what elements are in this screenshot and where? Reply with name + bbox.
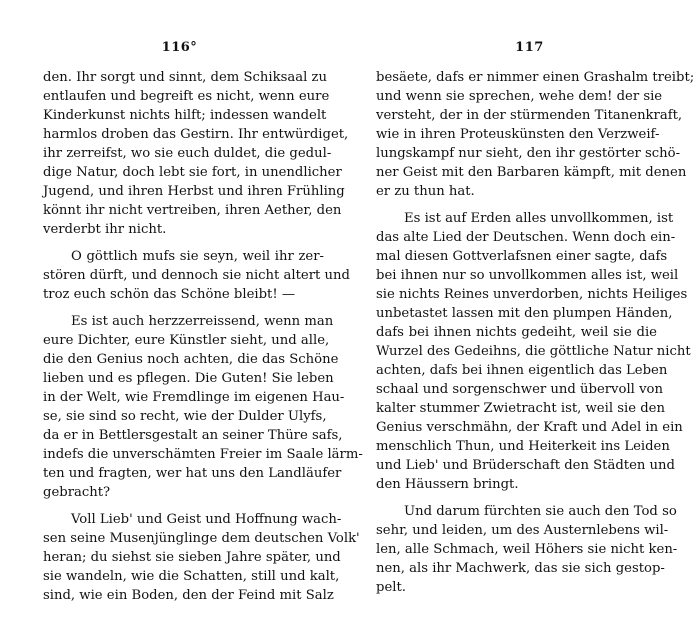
text-line: sen seine Musenjünglinge dem deutschen V…: [43, 529, 324, 548]
page-body: besäete, dafs er nimmer einen Grashalm t…: [376, 68, 657, 597]
paragraph: Es ist auch herzzerreissend, wenn man eu…: [43, 312, 324, 502]
text-line: Jugend, und ihren Herbst und ihren Frühl…: [43, 182, 324, 201]
text-line: den. Ihr sorgt und sinnt, dem Schiksaal …: [43, 68, 324, 87]
text-line: kalter stummer Zwietracht ist, weil sie …: [376, 399, 657, 418]
text-line: menschlich Thun, und Heiterkeit ins Leid…: [376, 437, 657, 456]
text-line: se, sie sind so recht, wie der Dulder Ul…: [43, 407, 324, 426]
text-line: wie in ihren Proteuskünsten den Verzweif…: [376, 125, 657, 144]
text-line: pelt.: [376, 578, 657, 597]
text-line: versteht, der in der stürmenden Titanenk…: [376, 106, 657, 125]
left-page: 116° den. Ihr sorgt und sinnt, dem Schik…: [0, 0, 349, 621]
page-number: 117: [349, 40, 698, 55]
text-line: in der Welt, wie Fremdlinge im eigenen H…: [43, 388, 324, 407]
paragraph: Voll Lieb' und Geist und Hoffnung wach- …: [43, 510, 324, 605]
text-line: achten, dafs bei ihnen eigentlich das Le…: [376, 361, 657, 380]
text-line: lieben und es pflegen. Die Guten! Sie le…: [43, 369, 324, 388]
text-line: O göttlich mufs sie seyn, weil ihr zer-: [43, 247, 324, 266]
text-line: die den Genius noch achten, die das Schö…: [43, 350, 324, 369]
text-line: Kinderkunst nichts hilft; indessen wande…: [43, 106, 324, 125]
text-line: ner Geist mit den Barbaren kämpft, mit d…: [376, 163, 657, 182]
text-line: ten und fragten, wer hat uns den Landläu…: [43, 464, 324, 483]
paragraph: besäete, dafs er nimmer einen Grashalm t…: [376, 68, 657, 201]
text-line: den Häussern bringt.: [376, 475, 657, 494]
text-line: unbetastet lassen mit den plumpen Händen…: [376, 304, 657, 323]
text-line: entlaufen und begreift es nicht, wenn eu…: [43, 87, 324, 106]
text-line: sehr, und leiden, um des Austernlebens w…: [376, 521, 657, 540]
text-line: und wenn sie sprechen, wehe dem! der sie: [376, 87, 657, 106]
paragraph: Es ist auf Erden alles unvollkommen, ist…: [376, 209, 657, 494]
text-line: eure Dichter, eure Künstler sieht, und a…: [43, 331, 324, 350]
text-line: mal diesen Gottverlafsnen einer sagte, d…: [376, 247, 657, 266]
text-line: lungskampf nur sieht, den ihr gestörter …: [376, 144, 657, 163]
text-line: nen, als ihr Machwerk, das sie sich gest…: [376, 559, 657, 578]
text-line: Wurzel des Gedeihns, die göttliche Natur…: [376, 342, 657, 361]
text-line: da er in Bettlersgestalt an seiner Thüre…: [43, 426, 324, 445]
text-line: verderbt ihr nicht.: [43, 220, 324, 239]
text-line: heran; du siehst sie sieben Jahre später…: [43, 548, 324, 567]
text-line: harmlos droben das Gestirn. Ihr entwürdi…: [43, 125, 324, 144]
text-line: ihr zerreifst, wo sie euch duldet, die g…: [43, 144, 324, 163]
paragraph: Und darum fürchten sie auch den Tod so s…: [376, 502, 657, 597]
text-line: troz euch schön das Schöne bleibt! —: [43, 285, 324, 304]
text-line: stören dürft, und dennoch sie nicht alte…: [43, 266, 324, 285]
page-body: den. Ihr sorgt und sinnt, dem Schiksaal …: [43, 68, 324, 605]
text-line: und Lieb' und Brüderschaft den Städten u…: [376, 456, 657, 475]
text-line: indefs die unverschämten Freier im Saale…: [43, 445, 324, 464]
text-line: len, alle Schmach, weil Höhers sie nicht…: [376, 540, 657, 559]
text-line: sie wandeln, wie die Schatten, still und…: [43, 567, 324, 586]
text-line: Es ist auch herzzerreissend, wenn man: [43, 312, 324, 331]
text-line: er zu thun hat.: [376, 182, 657, 201]
text-line: Es ist auf Erden alles unvollkommen, ist: [376, 209, 657, 228]
text-line: sind, wie ein Boden, den der Feind mit S…: [43, 586, 324, 605]
text-line: dige Natur, doch lebt sie fort, in unend…: [43, 163, 324, 182]
text-line: sie nichts Reines unverdorben, nichts He…: [376, 285, 657, 304]
paragraph: den. Ihr sorgt und sinnt, dem Schiksaal …: [43, 68, 324, 239]
page-number: 116°: [0, 40, 349, 55]
text-line: könnt ihr nicht vertreiben, ihren Aether…: [43, 201, 324, 220]
text-line: gebracht?: [43, 483, 324, 502]
text-line: dafs bei ihnen nichts gedeiht, weil sie …: [376, 323, 657, 342]
text-line: das alte Lied der Deutschen. Wenn doch e…: [376, 228, 657, 247]
text-line: Und darum fürchten sie auch den Tod so: [376, 502, 657, 521]
text-line: besäete, dafs er nimmer einen Grashalm t…: [376, 68, 657, 87]
text-line: Genius verschmähn, der Kraft und Adel in…: [376, 418, 657, 437]
right-page: 117 besäete, dafs er nimmer einen Grasha…: [349, 0, 698, 621]
text-line: bei ihnen nur so unvollkommen alles ist,…: [376, 266, 657, 285]
paragraph: O göttlich mufs sie seyn, weil ihr zer- …: [43, 247, 324, 304]
text-line: schaal und sorgenschwer und übervoll von: [376, 380, 657, 399]
text-line: Voll Lieb' und Geist und Hoffnung wach-: [43, 510, 324, 529]
